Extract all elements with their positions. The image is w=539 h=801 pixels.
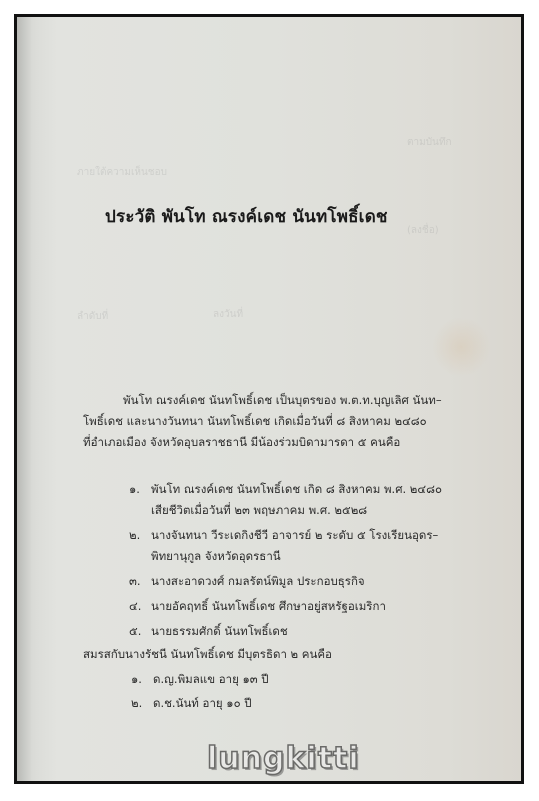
intro-line: พันโท ณรงค์เดช นันทโพธิ์เดช เป็นบุตรของ … [83,390,503,411]
list-item: ๔. นายอัคฤทธิ์ นันทโพธิ์เดช ศึกษาอยู่สหร… [129,596,519,617]
item-number: ๑. [131,669,153,690]
item-text: พันโท ณรงค์เดช นันทโพธิ์เดช เกิด ๘ สิงหา… [151,479,519,500]
marriage-line: สมรสกับนางรัชนี นันทโพธิ์เดช มีบุตรธิดา … [83,644,332,665]
list-item: ๓. นางสะอาดวงศ์ กมลรัตน์พิมูล ประกอบธุรก… [129,571,519,592]
intro-line: ที่อำเภอเมือง จังหวัดอุบลราชธานี มีน้องร… [83,432,503,453]
paper-stain [431,317,491,377]
item-number: ๓. [129,571,151,592]
show-through-text: (ลงชื่อ) [407,223,439,238]
item-number: ๔. [129,596,151,617]
list-item: ๒. นางจันทนา วีระเดกิงชีวี อาจารย์ ๒ ระด… [129,525,519,567]
list-item: ๑. ด.ญ.พิมลแข อายุ ๑๓ ปี [131,669,269,690]
show-through-text: ภายใต้ความเห็นชอบ [77,165,167,180]
list-item: ๕. นายธรรมศักดิ์ นันทโพธิ์เดช [129,621,519,642]
item-text: นางสะอาดวงศ์ กมลรัตน์พิมูล ประกอบธุรกิจ [151,571,519,592]
show-through-text: ลำดับที่ [77,309,108,324]
document-title: ประวัติ พันโท ณรงค์เดช นันทโพธิ์เดช [105,203,388,230]
item-text: นายอัคฤทธิ์ นันทโพธิ์เดช ศึกษาอยู่สหรัฐอ… [151,596,519,617]
item-number: ๒. [131,693,153,714]
item-text: พิทยานุกูล จังหวัดอุดรธานี [151,546,519,567]
watermark: lungkitti [207,741,360,776]
siblings-list: ๑. พันโท ณรงค์เดช นันทโพธิ์เดช เกิด ๘ สิ… [129,479,519,646]
item-text: นายธรรมศักดิ์ นันทโพธิ์เดช [151,621,519,642]
intro-line: โพธิ์เดช และนางวันทนา นันทโพธิ์เดช เกิดเ… [83,411,503,432]
show-through-text: ลงวันที่ [213,307,243,322]
item-text: ด.ช.นันท์ อายุ ๑๐ ปี [153,693,252,714]
intro-paragraph: พันโท ณรงค์เดช นันทโพธิ์เดช เป็นบุตรของ … [83,390,503,453]
scanned-page: ตามบันทึก ภายใต้ความเห็นชอบ (ลงชื่อ) ลำด… [14,14,524,784]
item-text: เสียชีวิตเมื่อวันที่ ๒๓ พฤษภาคม พ.ศ. ๒๕๒… [151,500,519,521]
list-item: ๑. พันโท ณรงค์เดช นันทโพธิ์เดช เกิด ๘ สิ… [129,479,519,521]
page-edge-shadow [17,17,31,781]
list-item: ๒. ด.ช.นันท์ อายุ ๑๐ ปี [131,693,269,714]
show-through-text: ตามบันทึก [407,135,452,150]
item-text: ด.ญ.พิมลแข อายุ ๑๓ ปี [153,669,269,690]
item-number: ๕. [129,621,151,642]
item-text: นางจันทนา วีระเดกิงชีวี อาจารย์ ๒ ระดับ … [151,525,519,546]
item-number: ๑. [129,479,151,521]
item-number: ๒. [129,525,151,567]
children-list: ๑. ด.ญ.พิมลแข อายุ ๑๓ ปี ๒. ด.ช.นันท์ อา… [131,669,269,717]
